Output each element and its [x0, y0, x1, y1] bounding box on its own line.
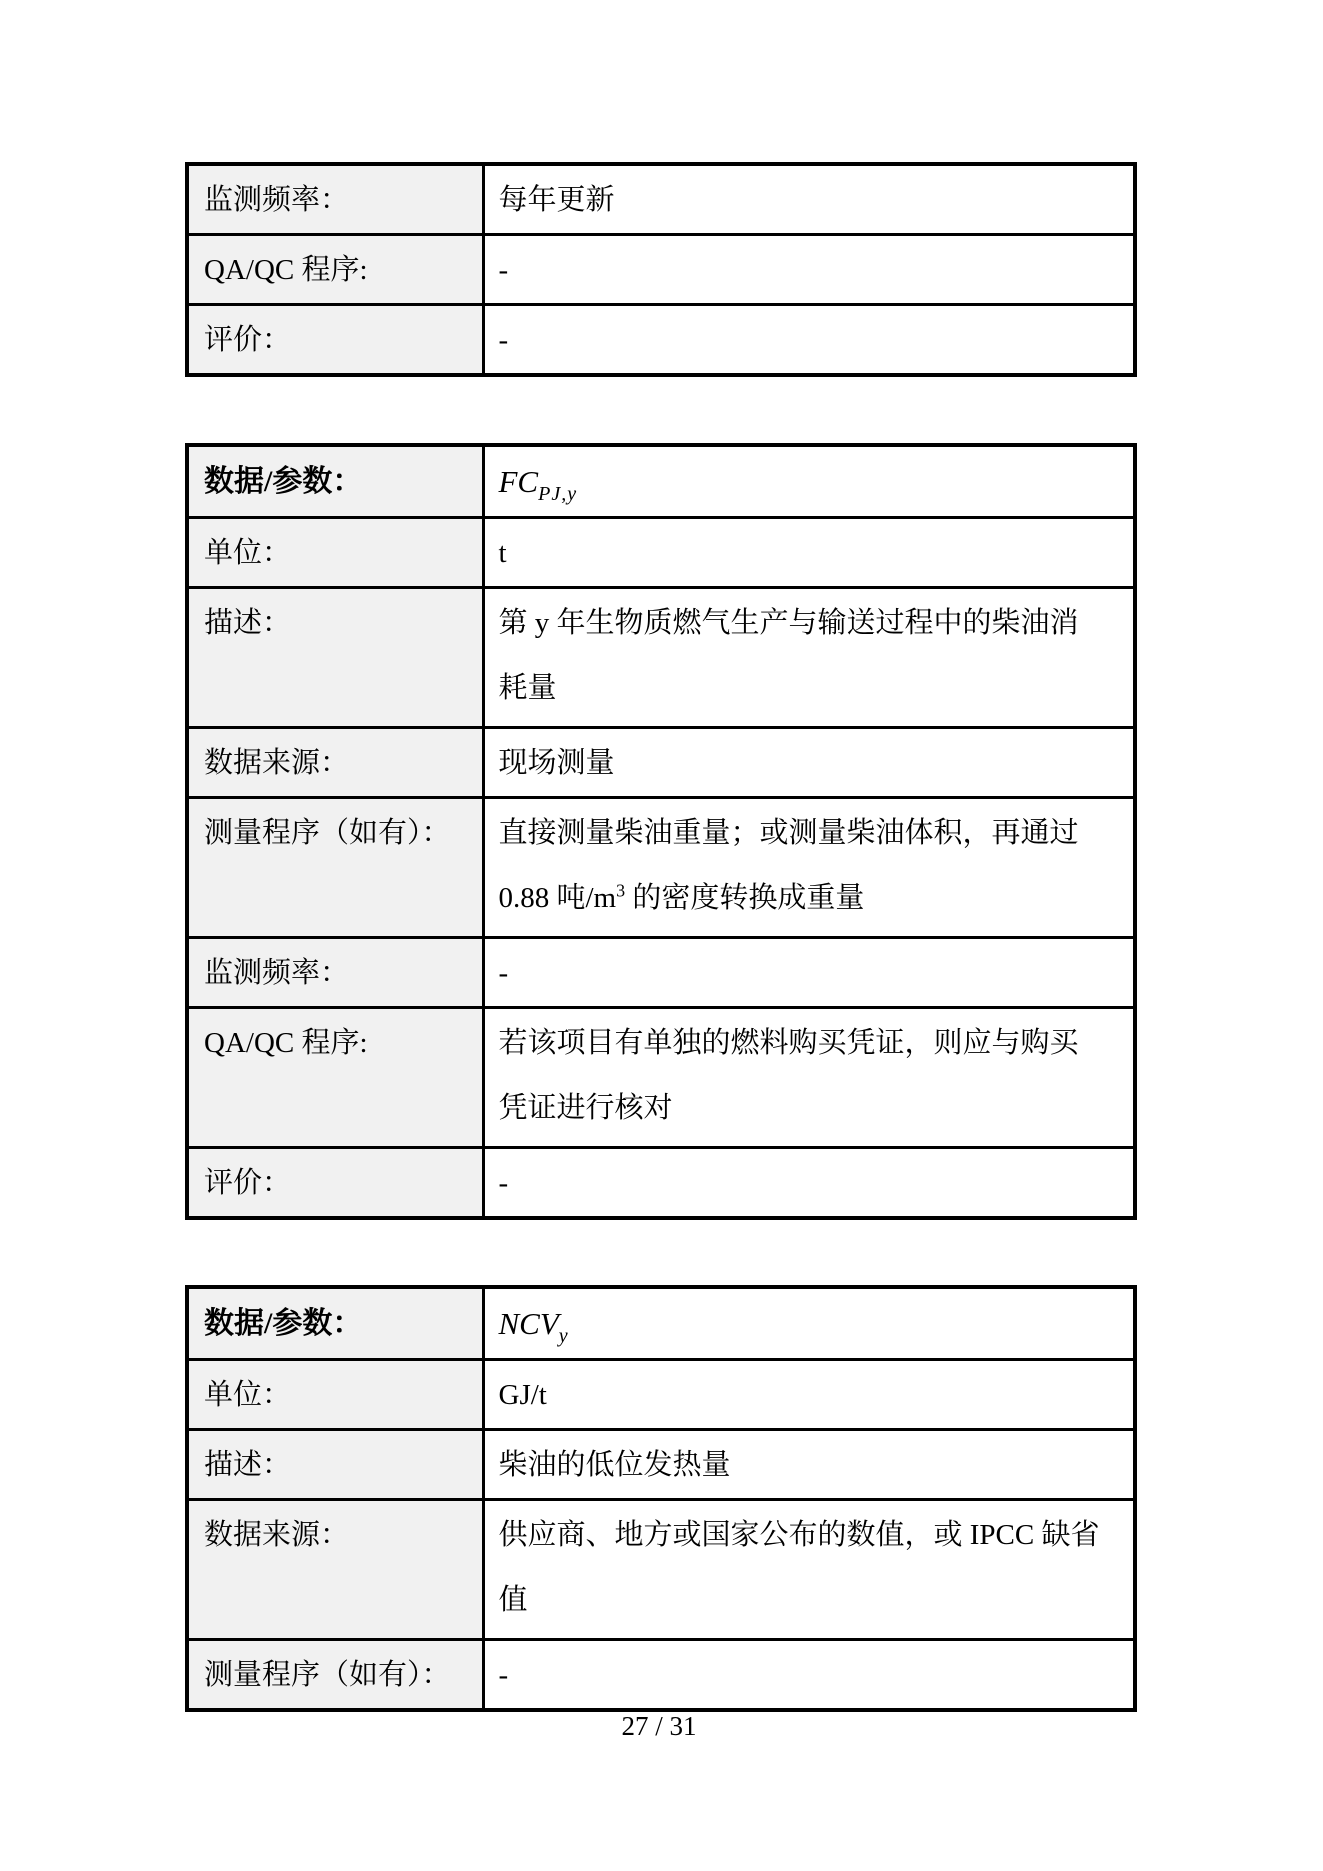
table-row: 监测频率： -: [187, 938, 1135, 1008]
row-value: 现场测量: [499, 747, 615, 779]
document-page: { "page": { "footer_page_number": "27 / …: [0, 0, 1323, 1871]
parameter-symbol: FCPJ,y: [499, 464, 578, 499]
parameter-symbol-base: FC: [499, 464, 539, 499]
row-value: -: [499, 957, 509, 989]
row-label-cell: 数据/参数：: [187, 1287, 483, 1360]
row-value: -: [499, 254, 509, 286]
row-value-cell: FCPJ,y: [483, 445, 1135, 518]
row-value: -: [499, 1659, 509, 1691]
row-value-cell: GJ/t: [483, 1360, 1135, 1430]
row-label: 数据/参数：: [204, 465, 362, 498]
row-value-cell: 直接测量柴油重量；或测量柴油体积，再通过 0.88 吨/m3 的密度转换成重量: [483, 798, 1135, 938]
row-label-cell: 监测频率：: [187, 164, 483, 235]
table-row: 评价： -: [187, 1148, 1135, 1219]
parameter-symbol-subscript: PJ,y: [538, 483, 577, 505]
row-value-cell: 第 y 年生物质燃气生产与输送过程中的柴油消 耗量: [483, 588, 1135, 728]
row-label: 评价：: [204, 324, 291, 356]
row-label: 评价：: [204, 1167, 291, 1199]
row-value-cell: t: [483, 518, 1135, 588]
parameter-table-fc: 数据/参数： FCPJ,y 单位： t 描述： 第 y 年生物质燃气生产与输送过…: [185, 443, 1137, 1220]
row-value: -: [499, 324, 509, 356]
row-label-cell: 测量程序（如有）：: [187, 798, 483, 938]
table-row: 监测频率： 每年更新: [187, 164, 1135, 235]
row-value-cell: -: [483, 1640, 1135, 1711]
parameter-symbol: NCVy: [499, 1306, 569, 1341]
monitoring-table-top: 监测频率： 每年更新 QA/QC 程序: - 评价： -: [185, 162, 1137, 377]
row-label: 单位：: [204, 1379, 291, 1411]
table-row: 数据来源： 供应商、地方或国家公布的数值，或 IPCC 缺省 值: [187, 1500, 1135, 1640]
table-row: QA/QC 程序: 若该项目有单独的燃料购买凭证，则应与购买 凭证进行核对: [187, 1008, 1135, 1148]
table-row: 单位： t: [187, 518, 1135, 588]
row-value: 若该项目有单独的燃料购买凭证，则应与购买 凭证进行核对: [499, 1027, 1079, 1124]
row-label-cell: QA/QC 程序:: [187, 1008, 483, 1148]
row-label-cell: 测量程序（如有）：: [187, 1640, 483, 1711]
row-value: -: [499, 1167, 509, 1199]
parameter-symbol-subscript: y: [559, 1325, 569, 1347]
row-value-cell: -: [483, 305, 1135, 376]
table-row: QA/QC 程序: -: [187, 235, 1135, 305]
row-value: 第 y 年生物质燃气生产与输送过程中的柴油消 耗量: [499, 607, 1079, 704]
row-label-cell: 描述：: [187, 588, 483, 728]
row-label-cell: 数据/参数：: [187, 445, 483, 518]
row-label-cell: 监测频率：: [187, 938, 483, 1008]
table-row: 测量程序（如有）： -: [187, 1640, 1135, 1711]
table-row-parameter: 数据/参数： NCVy: [187, 1287, 1135, 1360]
row-label-cell: 数据来源：: [187, 728, 483, 798]
row-label-cell: 单位：: [187, 518, 483, 588]
row-label-cell: 单位：: [187, 1360, 483, 1430]
row-value-cell: 现场测量: [483, 728, 1135, 798]
row-label: 单位：: [204, 537, 291, 569]
row-value-cell: 每年更新: [483, 164, 1135, 235]
parameter-table-ncv: 数据/参数： NCVy 单位： GJ/t 描述： 柴油的低位发热量 数据来源： …: [185, 1285, 1137, 1712]
parameter-symbol-base: NCV: [499, 1306, 559, 1341]
row-label-cell: 评价：: [187, 305, 483, 376]
row-label-cell: 描述：: [187, 1430, 483, 1500]
table-row: 测量程序（如有）： 直接测量柴油重量；或测量柴油体积，再通过 0.88 吨/m3…: [187, 798, 1135, 938]
row-value-cell: -: [483, 235, 1135, 305]
row-label: 监测频率：: [204, 957, 349, 989]
row-label-cell: 评价：: [187, 1148, 483, 1219]
row-value: t: [499, 537, 507, 569]
row-label: QA/QC 程序:: [204, 254, 368, 286]
table-row-parameter: 数据/参数： FCPJ,y: [187, 445, 1135, 518]
row-value: 直接测量柴油重量；或测量柴油体积，再通过 0.88 吨/m3 的密度转换成重量: [499, 817, 1079, 914]
row-label: 数据来源：: [204, 1519, 349, 1551]
row-label: 测量程序（如有）：: [204, 1659, 451, 1691]
row-label: 数据/参数：: [204, 1307, 362, 1340]
row-value-cell: -: [483, 1148, 1135, 1219]
table-row: 描述： 柴油的低位发热量: [187, 1430, 1135, 1500]
row-label: 测量程序（如有）：: [204, 817, 451, 849]
page-number: 27 / 31: [185, 1706, 1133, 1746]
row-label: 监测频率：: [204, 184, 349, 216]
row-value-cell: 供应商、地方或国家公布的数值，或 IPCC 缺省 值: [483, 1500, 1135, 1640]
row-label-cell: QA/QC 程序:: [187, 235, 483, 305]
row-value-cell: -: [483, 938, 1135, 1008]
row-label: 描述：: [204, 1449, 291, 1481]
row-value-cell: NCVy: [483, 1287, 1135, 1360]
row-label: QA/QC 程序:: [204, 1027, 368, 1059]
table-row: 描述： 第 y 年生物质燃气生产与输送过程中的柴油消 耗量: [187, 588, 1135, 728]
table-row: 评价： -: [187, 305, 1135, 376]
row-value: 每年更新: [499, 184, 615, 216]
row-label: 描述：: [204, 607, 291, 639]
row-label-cell: 数据来源：: [187, 1500, 483, 1640]
measurement-text-cont: 的密度转换成重量: [625, 882, 864, 914]
row-value-cell: 柴油的低位发热量: [483, 1430, 1135, 1500]
row-label: 数据来源：: [204, 747, 349, 779]
row-value-cell: 若该项目有单独的燃料购买凭证，则应与购买 凭证进行核对: [483, 1008, 1135, 1148]
superscript-exponent: 3: [616, 880, 625, 900]
row-value: 供应商、地方或国家公布的数值，或 IPCC 缺省 值: [499, 1519, 1100, 1616]
row-value: GJ/t: [499, 1379, 547, 1411]
table-row: 单位： GJ/t: [187, 1360, 1135, 1430]
row-value: 柴油的低位发热量: [499, 1449, 731, 1481]
table-row: 数据来源： 现场测量: [187, 728, 1135, 798]
